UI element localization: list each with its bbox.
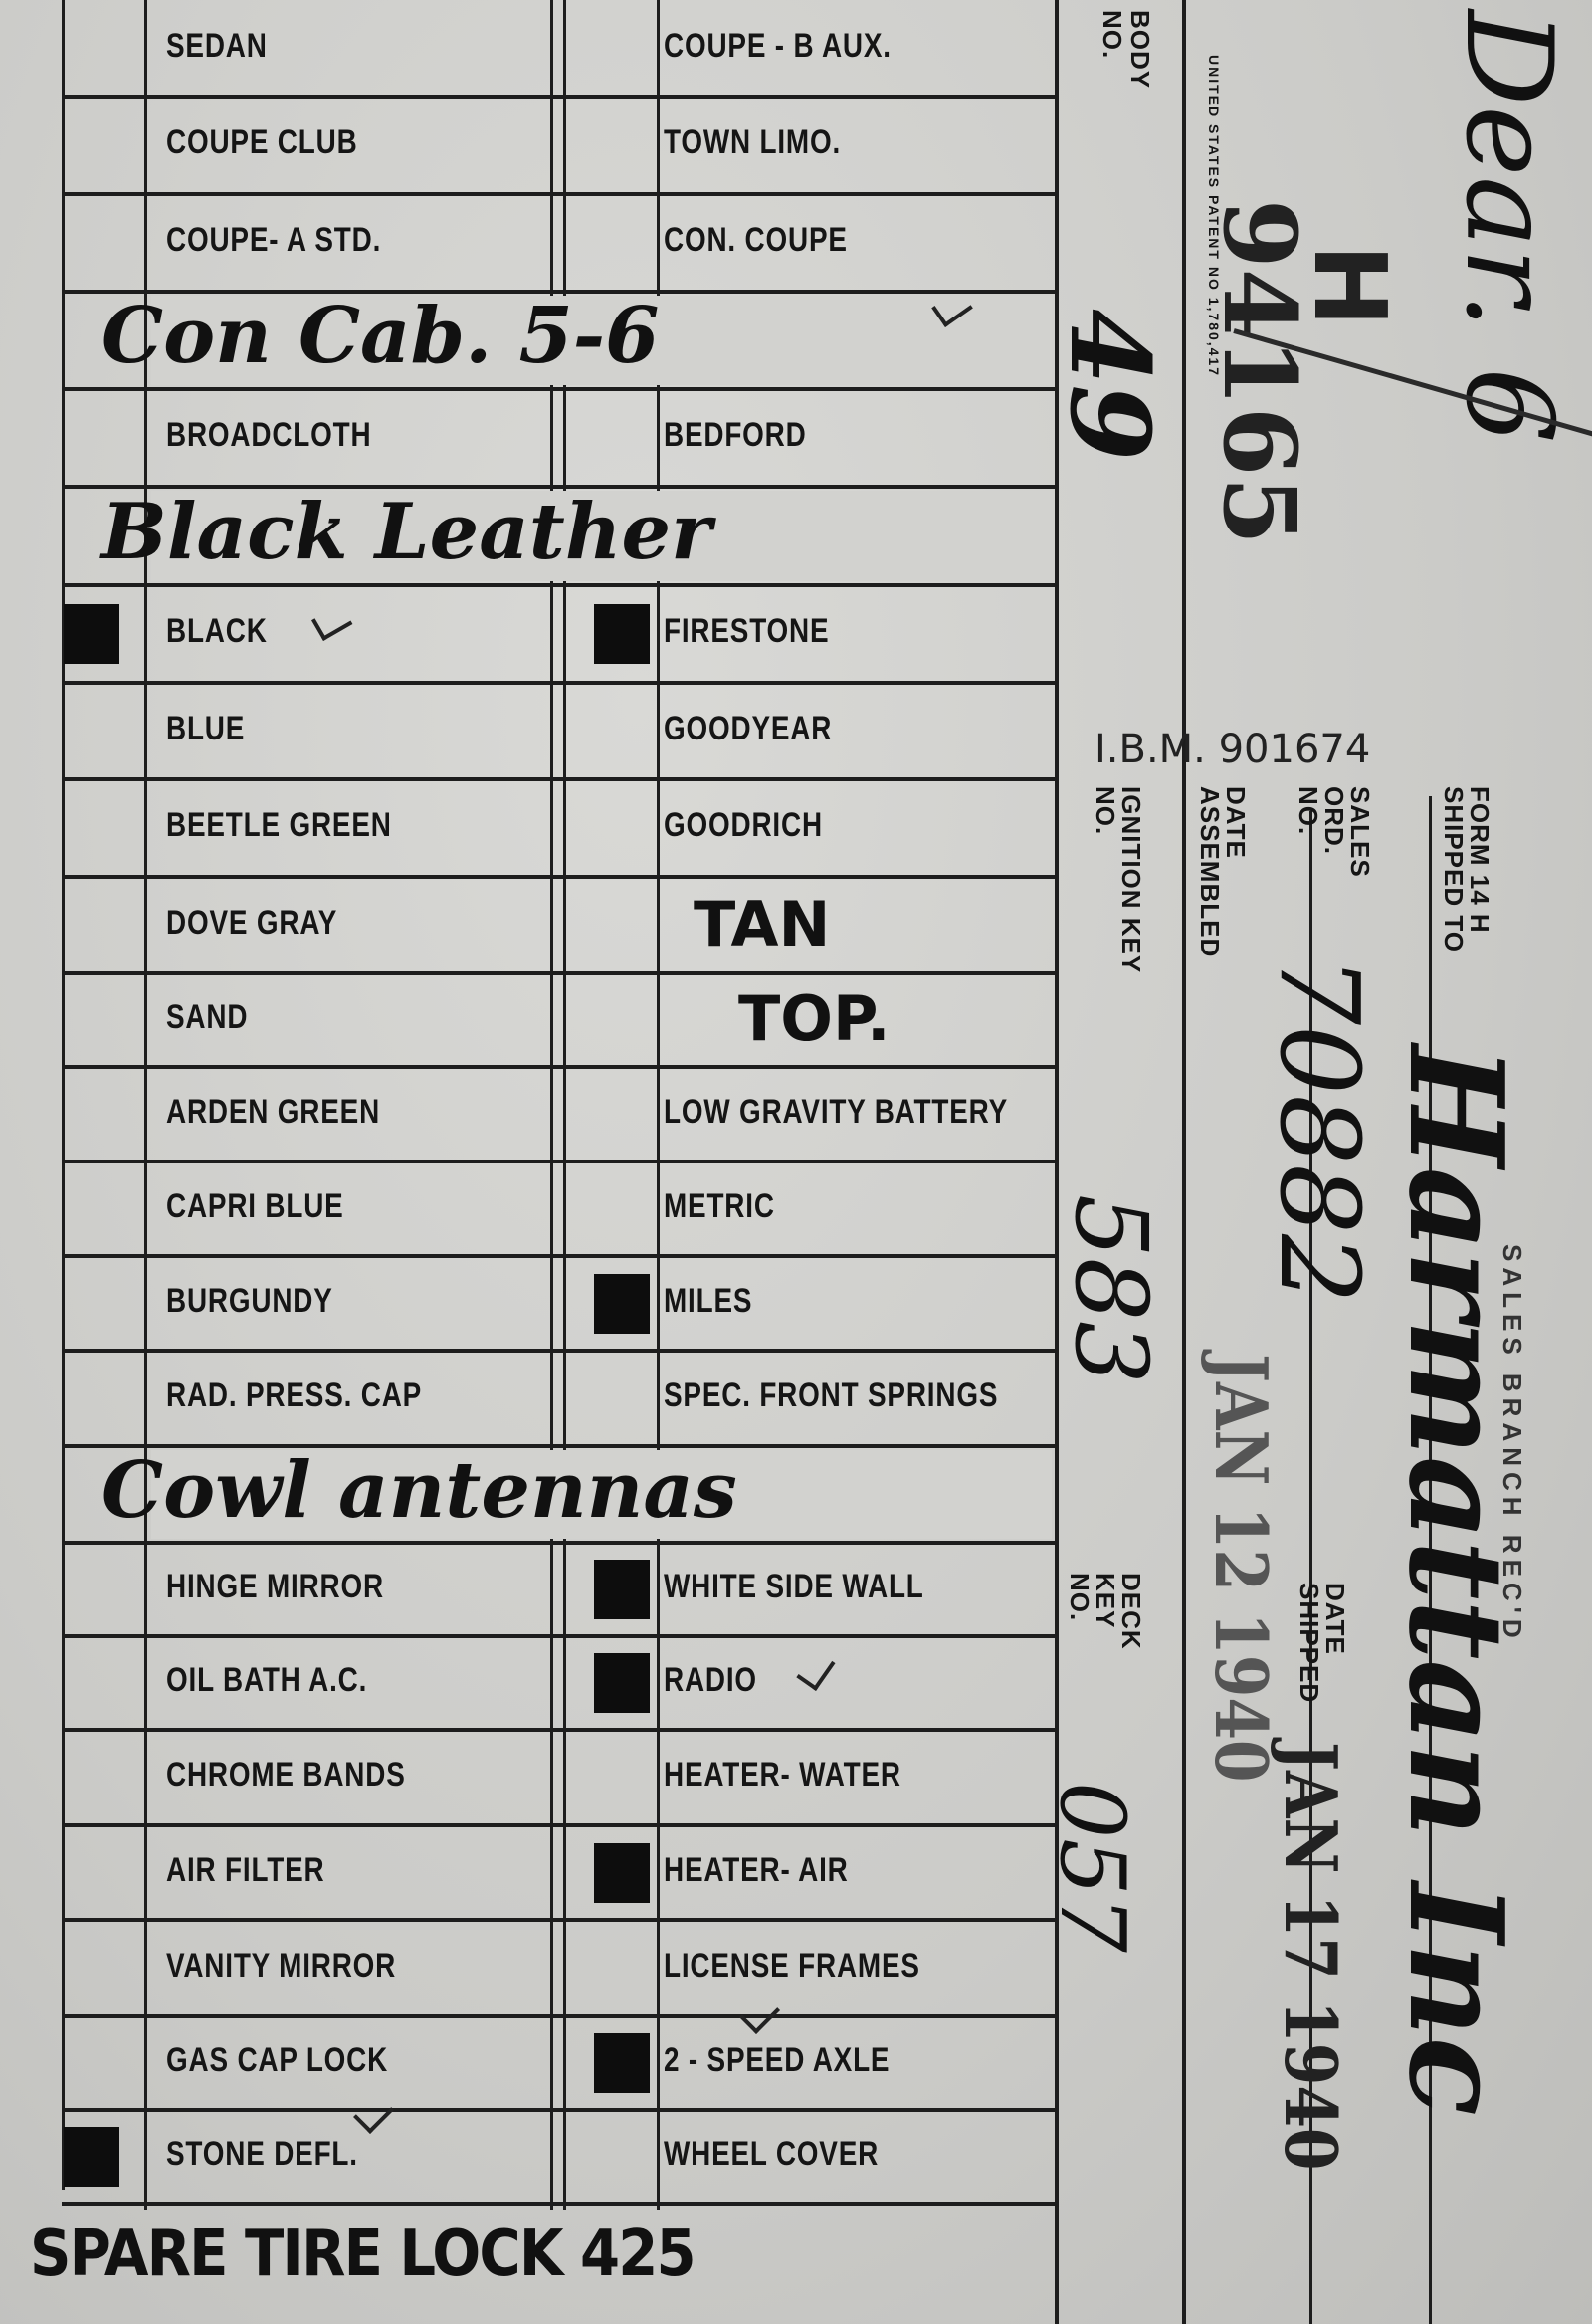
ignition-key-label: IGNITION KEY NO.	[1093, 786, 1144, 1005]
option-label: SPEC. FRONT SPRINGS	[664, 1376, 998, 1415]
shipped-to-label: SHIPPED TO	[1441, 786, 1467, 952]
sales-ord-value: 70882	[1256, 955, 1383, 1304]
option-label: VANITY MIRROR	[166, 1947, 396, 1986]
option-label: GOODRICH	[664, 806, 823, 845]
option-row: CHROME BANDSHEATER- WATER	[62, 1730, 1057, 1825]
option-row: GAS CAP LOCK2 - SPEED AXLE	[62, 2016, 1057, 2110]
ignition-key-value: 583	[1053, 1194, 1169, 1384]
sales-branch-label: SALES BRANCH REC'D	[1496, 1244, 1527, 1644]
option-label: LICENSE FRAMES	[664, 1947, 920, 1986]
handwritten-entry: Cowl antennas	[101, 1445, 737, 1536]
option-row: CAPRI BLUEMETRIC	[62, 1162, 1057, 1256]
option-row: HINGE MIRRORWHITE SIDE WALL	[62, 1543, 1057, 1636]
deck-key-value: 057	[1040, 1782, 1144, 1953]
option-label: METRIC	[664, 1187, 775, 1226]
deck-key-label: DECK KEY NO.	[1067, 1573, 1144, 1682]
option-row: ARDEN GREENLOW GRAVITY BATTERY	[62, 1067, 1057, 1162]
option-label: RADIO	[664, 1661, 757, 1700]
option-label: OIL BATH A.C.	[166, 1661, 367, 1700]
ibm-number: I.B.M. 901674	[1094, 727, 1370, 772]
selected-option-marker	[594, 1843, 650, 1903]
option-label: STONE DEFL.	[166, 2135, 358, 2174]
production-card: SEDANCOUPE - B AUX.COUPE CLUBTOWN LIMO.C…	[0, 0, 1592, 2324]
option-label: HEATER- AIR	[664, 1851, 849, 1890]
option-label: CHROME BANDS	[166, 1756, 406, 1795]
option-label: TOWN LIMO.	[664, 123, 841, 162]
option-label: COUPE - B AUX.	[664, 27, 892, 66]
dealer-note: Dear. 6	[1439, 10, 1577, 444]
date-shipped-value: JAN 17 1940	[1269, 1742, 1353, 2170]
option-label: HINGE MIRROR	[166, 1568, 384, 1606]
option-label: AIR FILTER	[166, 1851, 324, 1890]
option-label: HEATER- WATER	[664, 1756, 901, 1795]
selected-option-marker	[594, 1653, 650, 1713]
option-label: BEETLE GREEN	[166, 806, 392, 845]
option-label: CON. COUPE	[664, 221, 848, 260]
option-row: RAD. PRESS. CAPSPEC. FRONT SPRINGS	[62, 1351, 1057, 1446]
date-assembled-label: DATE ASSEMBLED	[1197, 786, 1249, 975]
footer-handwritten-note: SPARE TIRE LOCK 425	[30, 2218, 695, 2291]
option-label: COUPE- A STD.	[166, 221, 381, 260]
option-row: Con Cab. 5-6	[62, 292, 1057, 389]
option-row: Cowl antennas	[62, 1446, 1057, 1543]
option-row: COUPE- A STD.CON. COUPE	[62, 194, 1057, 292]
option-label: WHITE SIDE WALL	[664, 1568, 924, 1606]
option-label: BURGUNDY	[166, 1282, 333, 1321]
option-label: GOODYEAR	[664, 710, 832, 748]
option-row: BLUEGOODYEAR	[62, 683, 1057, 779]
option-label: RAD. PRESS. CAP	[166, 1376, 422, 1415]
sales-ord-label: SALES ORD. NO.	[1295, 786, 1373, 906]
option-label: BEDFORD	[664, 416, 807, 455]
option-row: VANITY MIRRORLICENSE FRAMES	[62, 1920, 1057, 2016]
selected-option-marker	[594, 2033, 650, 2093]
option-row: BEETLE GREENGOODRICH	[62, 779, 1057, 877]
body-no-label: BODY NO.	[1098, 10, 1154, 129]
option-label: GAS CAP LOCK	[166, 2041, 388, 2080]
option-row: BROADCLOTHBEDFORD	[62, 389, 1057, 487]
option-label: BROADCLOTH	[166, 416, 371, 455]
date-shipped-label: DATE SHIPPED	[1296, 1583, 1348, 1692]
option-label: FIRESTONE	[664, 612, 829, 651]
option-label: LOW GRAVITY BATTERY	[664, 1093, 1008, 1132]
handwritten-entry: Con Cab. 5-6	[101, 291, 659, 381]
option-row: OIL BATH A.C.RADIO	[62, 1636, 1057, 1730]
option-row: DOVE GRAYTAN	[62, 877, 1057, 973]
grid-line	[1182, 0, 1186, 2324]
handwritten-entry: Black Leather	[101, 487, 711, 577]
option-label: SEDAN	[166, 27, 268, 66]
option-label: DOVE GRAY	[166, 904, 337, 943]
option-row: Black Leather	[62, 487, 1057, 585]
option-label: COUPE CLUB	[166, 123, 358, 162]
option-row: SANDTOP.	[62, 973, 1057, 1067]
selected-option-marker	[594, 1274, 650, 1334]
option-row: STONE DEFL.WHEEL COVER	[62, 2110, 1057, 2204]
car-number: 94165	[1201, 199, 1318, 545]
selected-option-marker	[64, 2127, 119, 2187]
selected-option-marker	[594, 604, 650, 664]
option-label: ARDEN GREEN	[166, 1093, 380, 1132]
option-row: BURGUNDYMILES	[62, 1256, 1057, 1351]
option-row: COUPE CLUBTOWN LIMO.	[62, 97, 1057, 194]
selected-option-marker	[594, 1560, 650, 1619]
body-no-value: 49	[1046, 309, 1174, 461]
option-label: WHEEL COVER	[664, 2135, 879, 2174]
option-label: BLACK	[166, 612, 268, 651]
option-row: AIR FILTERHEATER- AIR	[62, 1825, 1057, 1920]
option-row: BLACKFIRESTONE	[62, 585, 1057, 683]
option-label: TAN	[694, 888, 830, 960]
option-label: TOP.	[738, 982, 891, 1055]
form-label: FORM 14 H	[1467, 786, 1492, 934]
option-label: CAPRI BLUE	[166, 1187, 344, 1226]
option-row: SEDANCOUPE - B AUX.	[62, 0, 1057, 97]
option-label: SAND	[166, 998, 248, 1037]
option-label: 2 - SPEED AXLE	[664, 2041, 890, 2080]
date-assembled-value: JAN 12 1940	[1199, 1354, 1284, 1782]
selected-option-marker	[64, 604, 119, 664]
option-label: MILES	[664, 1282, 752, 1321]
option-label: BLUE	[166, 710, 245, 748]
